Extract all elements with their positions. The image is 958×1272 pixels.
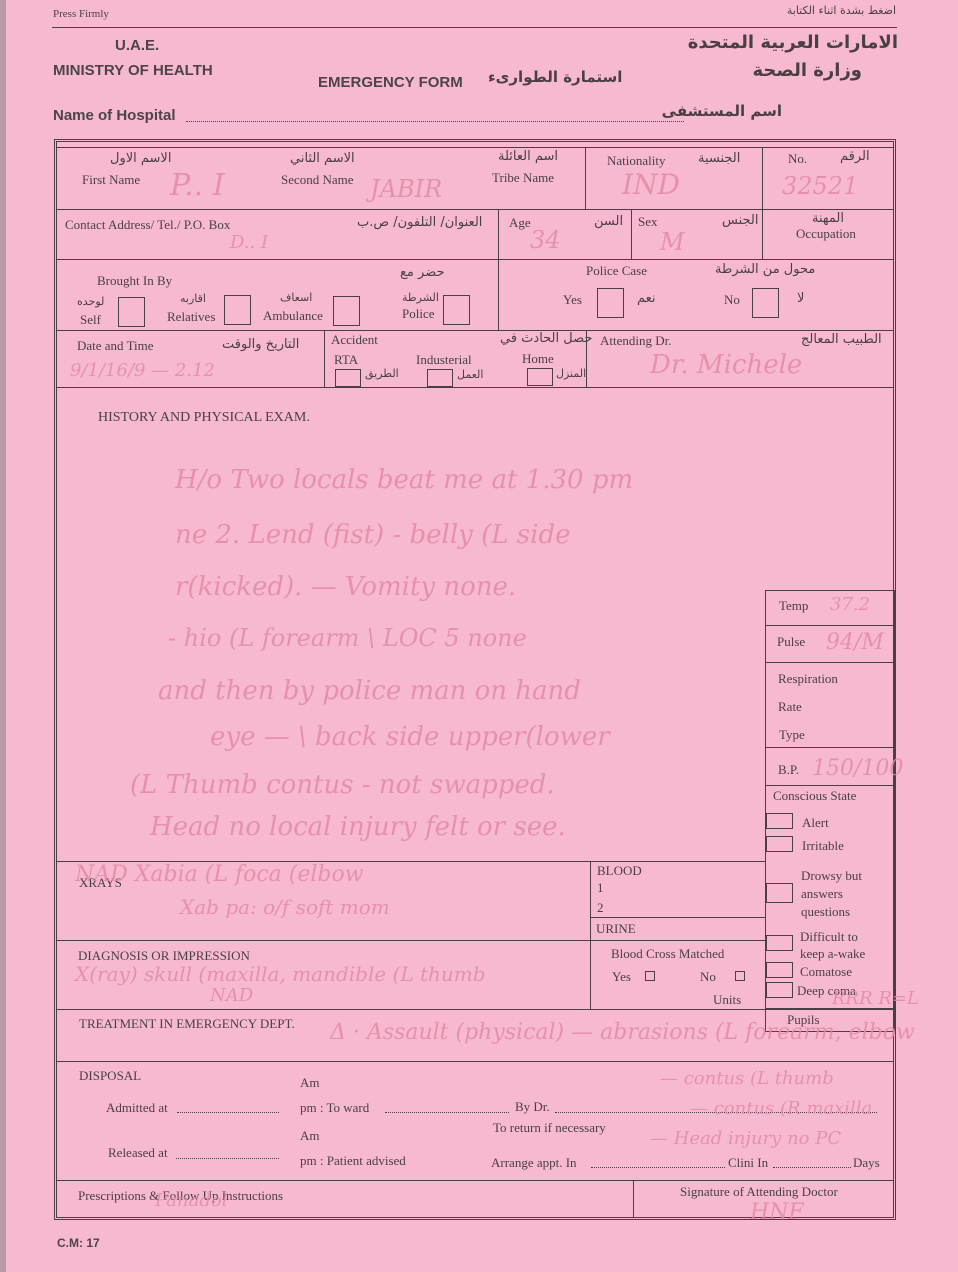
history-note-line[interactable]: - hio (L forearm \ LOC 5 none [168,624,527,652]
header-divider [52,27,897,28]
arrange-appt-label: Arrange appt. In [491,1155,577,1171]
police-case-ar: محول من الشرطة [715,262,815,277]
number-ar: الرقم [840,149,870,164]
alert-label: Alert [802,815,829,831]
police-ar: الشرطة [402,291,439,304]
arrange-appt-field[interactable] [591,1167,725,1168]
divider [765,662,895,663]
divider [590,861,591,1009]
prescriptions-value[interactable]: Panadol [155,1190,227,1211]
police-case-no-label: No [724,292,740,308]
press-firmly-ar: اضغط بشدة اثناء الكتابة [787,4,896,17]
blood-label: BLOOD [597,863,642,879]
divider [498,259,499,330]
divider [633,1180,634,1218]
clini-in-field[interactable] [773,1167,851,1168]
diagnosis-value-2[interactable]: NAD [210,985,253,1006]
hospital-name-field[interactable] [186,121,684,122]
police-case-label: Police Case [586,263,647,279]
first-name-value[interactable]: P.. I [170,168,225,203]
ambulance-checkbox[interactable] [333,296,360,326]
disposal-side-note[interactable]: — contus (L thumb [660,1068,834,1089]
divider [498,209,499,259]
xrays-value[interactable]: NAD Xabia (L foca (elbow [75,862,364,887]
divider [631,209,632,259]
difficult-wake-checkbox[interactable] [766,935,793,951]
respiration-rate-label: Rate [778,699,802,715]
row2-bottom [56,259,894,260]
date-time-label: Date and Time [77,338,154,354]
to-return-label: To return if necessary [493,1120,606,1136]
drowsy-label: Drowsy but answers questions [801,867,881,921]
to-ward-label: pm : To ward [300,1100,369,1116]
divider [765,625,895,626]
xrays-value-2[interactable]: Xab pa: o/f soft mom [180,895,390,919]
occupation-ar: المهنة [812,211,844,226]
hospital-label-en: Name of Hospital [53,107,176,124]
contact-value[interactable]: D.. I [230,232,268,253]
divider [762,209,763,259]
patient-advised-label: pm : Patient advised [300,1153,406,1169]
date-time-ar: التاريخ والوقت [222,337,299,352]
pulse-label: Pulse [777,634,805,650]
admitted-at-field[interactable] [177,1112,279,1113]
history-note-line[interactable]: H/o Two locals beat me at 1.30 pm [175,465,633,495]
age-ar: السن [594,214,623,229]
history-note-line[interactable]: (L Thumb contus - not swapped. [130,770,555,800]
press-firmly-en: Press Firmly [53,8,109,20]
history-label: HISTORY AND PHYSICAL EXAM. [98,410,310,426]
urine-label: URINE [596,921,636,937]
nationality-label: Nationality [607,153,666,169]
blood-cross-yes-label: Yes [612,969,631,985]
irritable-label: Irritable [802,838,844,854]
self-checkbox[interactable] [118,297,145,327]
sex-value[interactable]: M [660,228,685,256]
home-checkbox[interactable] [527,368,553,386]
divider [324,330,325,387]
comatose-label: Comatose [800,964,852,980]
treatment-label: TREATMENT IN EMERGENCY DEPT. [79,1016,295,1032]
blood-cross-yes-checkbox[interactable] [645,971,655,981]
blood-line-2: 2 [597,900,604,916]
row3-bottom [56,330,894,331]
attending-dr-label: Attending Dr. [600,333,672,349]
divider [585,147,586,209]
accident-ar: حصل الحادث في [500,331,592,346]
temp-label: Temp [779,598,808,614]
self-ar: لوحده [77,295,104,308]
alert-checkbox[interactable] [766,813,793,829]
row1-bottom [56,209,894,210]
tribe-name-value[interactable]: JABIR [370,175,442,203]
first-name-label: First Name [82,172,140,188]
signature-label: Signature of Attending Doctor [680,1184,838,1200]
admitted-am-label: Am [300,1075,320,1091]
history-note-line[interactable]: r(kicked). — Vomity none. [175,572,516,602]
contact-ar: العنوان/ التلفون/ ص.ب [357,215,482,230]
police-case-yes-checkbox[interactable] [597,288,624,318]
rta-checkbox[interactable] [335,369,361,387]
conscious-state-label: Conscious State [773,788,856,804]
history-note-line[interactable]: Head no local injury felt or see. [150,812,566,842]
relatives-ar: اقاربه [180,292,206,305]
drowsy-checkbox[interactable] [766,883,793,903]
blood-cross-no-checkbox[interactable] [735,971,745,981]
ministry-en: MINISTRY OF HEALTH [53,62,213,79]
days-label: Days [853,1155,880,1171]
industrial-label: Industerial [416,352,472,368]
tribe-name-label: Tribe Name [492,170,554,186]
police-checkbox[interactable] [443,295,470,325]
pupils-value[interactable]: RRR R=L [832,988,919,1009]
rta-ar: الطريق [365,367,399,380]
age-value[interactable]: 34 [530,226,561,254]
relatives-checkbox[interactable] [224,295,251,325]
paper-edge [0,0,6,1272]
home-label: Home [522,351,554,367]
contact-label: Contact Address/ Tel./ P.O. Box [65,217,230,233]
form-code: C.M: 17 [57,1236,100,1250]
ministry-ar: وزارة الصحة [752,60,862,81]
second-name-ar: الاسم الثاني [290,151,355,166]
divider [56,1061,894,1062]
treatment-value[interactable]: Δ · Assault (physical) — abrasions (L fo… [330,1020,915,1045]
date-time-value[interactable]: 9/1/16/9 — 2.12 [70,360,215,381]
admitted-at-label: Admitted at [106,1100,168,1116]
occupation-label: Occupation [796,226,856,242]
accident-label: Accident [331,332,378,348]
divider [762,147,763,209]
first-name-ar: الاسم الاول [110,151,171,166]
nationality-value[interactable]: IND [622,168,680,201]
bp-value[interactable]: 150/100 [812,756,903,781]
divider [56,1009,894,1010]
respiration-type-label: Type [779,727,805,743]
number-label: No. [788,151,807,167]
police-case-no-checkbox[interactable] [752,288,779,318]
respiration-label: Respiration [778,671,838,687]
self-label: Self [80,312,101,328]
blood-cross-label: Blood Cross Matched [611,946,724,962]
ambulance-ar: اسعاف [280,291,312,304]
signature-value[interactable]: HNF [750,1200,804,1225]
sex-ar: الجنس [722,213,758,228]
attending-dr-value[interactable]: Dr. Michele [650,350,802,380]
nationality-ar: الجنسية [698,151,740,166]
disposal-label: DISPOSAL [79,1068,141,1084]
industrial-ar: العمل [457,368,483,381]
history-note-line[interactable]: eye — \ back side upper(lower [210,722,610,752]
disposal-side-note[interactable]: — Head injury no PC [650,1128,841,1149]
sex-label: Sex [638,214,658,230]
brought-in-by-label: Brought In By [97,273,172,289]
ambulance-label: Ambulance [263,308,323,324]
blood-line-1: 1 [597,880,604,896]
country-ar: الامارات العربية المتحدة [688,32,898,53]
divider [765,785,895,786]
history-note-line[interactable]: ne 2. Lend (fist) - belly (L side [175,520,570,550]
divider [56,940,765,941]
released-am-label: Am [300,1128,320,1144]
pulse-value[interactable]: 94/M [826,630,884,655]
comatose-checkbox[interactable] [766,962,793,978]
brought-in-by-ar: حضر مع [400,265,445,280]
attending-dr-ar: الطبيب المعالج [801,332,882,347]
police-case-yes-ar: نعم [637,291,656,306]
diagnosis-value[interactable]: X(ray) skull (maxilla, mandible (L thumb [75,962,486,986]
disposal-side-note[interactable]: — contus (R maxilla [690,1098,872,1119]
form-title-ar: استمارة الطوارىء [488,68,622,86]
row1-top [56,147,894,148]
released-at-label: Released at [108,1145,168,1161]
row4-bottom [56,387,894,388]
divider [590,917,765,918]
police-case-yes-label: Yes [563,292,582,308]
age-label: Age [509,215,531,231]
blood-cross-units-label: Units [713,992,741,1008]
divider [56,1180,894,1181]
rta-label: RTA [334,352,358,368]
form-title-en: EMERGENCY FORM [318,74,463,91]
tribe-name-ar: اسم العائلة [498,149,558,164]
deep-coma-checkbox[interactable] [766,982,793,998]
blood-cross-no-label: No [700,969,716,985]
by-dr-label: By Dr. [515,1099,550,1115]
history-note-line[interactable]: and then by police man on hand [158,676,581,706]
second-name-label: Second Name [281,172,354,188]
police-label: Police [402,306,435,322]
number-value[interactable]: 32521 [782,172,858,200]
temp-value[interactable]: 37.2 [830,594,870,615]
hospital-label-ar: اسم المستشفى [662,102,782,120]
to-ward-field[interactable] [385,1112,509,1113]
police-case-no-ar: لا [797,291,804,306]
home-ar: المنزل [556,367,586,380]
bp-label: B.P. [778,762,799,778]
relatives-label: Relatives [167,309,215,325]
industrial-checkbox[interactable] [427,369,453,387]
released-at-field[interactable] [176,1158,279,1159]
country-en: U.A.E. [115,37,159,54]
clini-in-label: Clini In [728,1155,768,1171]
difficult-wake-label: Difficult to keep a-wake [800,928,882,962]
irritable-checkbox[interactable] [766,836,793,852]
divider [765,747,895,748]
